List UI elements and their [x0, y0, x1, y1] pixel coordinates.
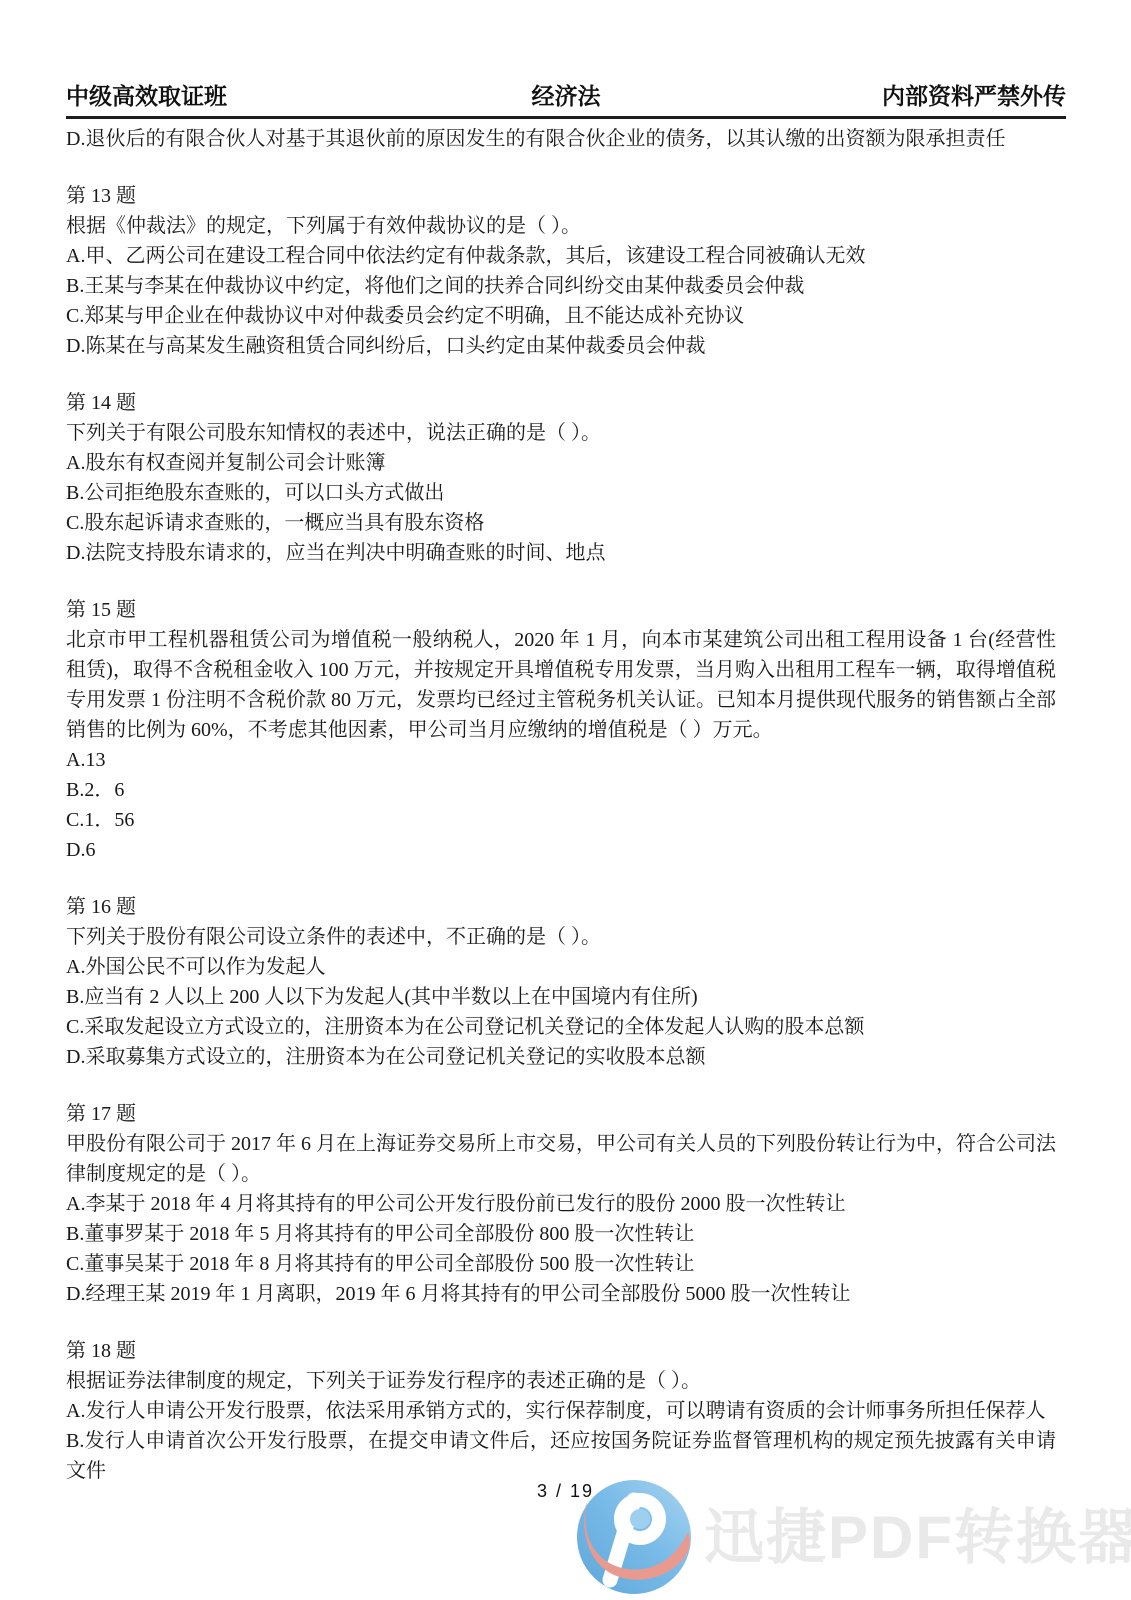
header-confidential-notice: 内部资料严禁外传 [733, 84, 1066, 109]
option-a: A.发行人申请公开发行股票，依法采用承销方式的，实行保荐制度，可以聘请有资质的会… [66, 1396, 1056, 1426]
option-a: A.李某于 2018 年 4 月将其持有的甲公司公开发行股份前已发行的股份 20… [66, 1189, 1056, 1219]
carryover-option-d: D.退伙后的有限合伙人对基于其退伙前的原因发生的有限合伙企业的债务，以其认缴的出… [66, 124, 1056, 154]
question-16: 第 16 题 下列关于股份有限公司设立条件的表述中，不正确的是（ ）。 A.外国… [66, 892, 1056, 1072]
question-number: 第 18 题 [66, 1336, 1056, 1366]
document-body: D.退伙后的有限合伙人对基于其退伙前的原因发生的有限合伙企业的债务，以其认缴的出… [0, 119, 1131, 1486]
question-18: 第 18 题 根据证券法律制度的规定，下列关于证券发行程序的表述正确的是（ ）。… [66, 1336, 1056, 1486]
option-b: B.王某与李某在仲裁协议中约定，将他们之间的扶养合同纠纷交由某仲裁委员会仲裁 [66, 271, 1056, 301]
watermark-text: 迅捷PDF转换器 [704, 1508, 1131, 1568]
question-14: 第 14 题 下列关于有限公司股东知情权的表述中，说法正确的是（ ）。 A.股东… [66, 388, 1056, 568]
option-a: A.甲、乙两公司在建设工程合同中依法约定有仲裁条款，其后，该建设工程合同被确认无… [66, 241, 1056, 271]
question-stem: 根据证券法律制度的规定，下列关于证券发行程序的表述正确的是（ ）。 [66, 1366, 1056, 1396]
question-number: 第 15 题 [66, 595, 1056, 625]
question-13: 第 13 题 根据《仲裁法》的规定，下列属于有效仲裁协议的是（ ）。 A.甲、乙… [66, 181, 1056, 361]
question-number: 第 13 题 [66, 181, 1056, 211]
option-a: A.13 [66, 745, 1056, 775]
option-a: A.外国公民不可以作为发起人 [66, 952, 1056, 982]
option-b: B.公司拒绝股东查账的，可以口头方式做出 [66, 478, 1056, 508]
header-course-title: 中级高效取证班 [66, 84, 399, 109]
question-stem: 根据《仲裁法》的规定，下列属于有效仲裁协议的是（ ）。 [66, 211, 1056, 241]
option-a: A.股东有权查阅并复制公司会计账簿 [66, 448, 1056, 478]
question-number: 第 14 题 [66, 388, 1056, 418]
question-stem: 下列关于股份有限公司设立条件的表述中，不正确的是（ ）。 [66, 922, 1056, 952]
header-subject: 经济法 [399, 84, 732, 109]
question-number: 第 17 题 [66, 1099, 1056, 1129]
option-d: D.6 [66, 835, 1056, 865]
option-d: D.陈某在与高某发生融资租赁合同纠纷后，口头约定由某仲裁委员会仲裁 [66, 331, 1056, 361]
option-c: C.郑某与甲企业在仲裁协议中对仲裁委员会约定不明确，且不能达成补充协议 [66, 301, 1056, 331]
option-c: C.1．56 [66, 805, 1056, 835]
option-d: D.经理王某 2019 年 1 月离职，2019 年 6 月将其持有的甲公司全部… [66, 1279, 1056, 1309]
question-stem: 甲股份有限公司于 2017 年 6 月在上海证券交易所上市交易，甲公司有关人员的… [66, 1129, 1056, 1189]
option-c: C.采取发起设立方式设立的，注册资本为在公司登记机关登记的全体发起人认购的股本总… [66, 1012, 1056, 1042]
question-15: 第 15 题 北京市甲工程机器租赁公司为增值税一般纳税人，2020 年 1 月，… [66, 595, 1056, 865]
option-b: B.2．6 [66, 775, 1056, 805]
option-d: D.法院支持股东请求的，应当在判决中明确查账的时间、地点 [66, 538, 1056, 568]
page-number: 3 / 19 [0, 1481, 1131, 1502]
question-number: 第 16 题 [66, 892, 1056, 922]
option-c: C.董事吴某于 2018 年 8 月将其持有的甲公司全部股份 500 股一次性转… [66, 1249, 1056, 1279]
question-stem: 下列关于有限公司股东知情权的表述中，说法正确的是（ ）。 [66, 418, 1056, 448]
option-b: B.应当有 2 人以上 200 人以下为发起人(其中半数以上在中国境内有住所) [66, 982, 1056, 1012]
page-header: 中级高效取证班 经济法 内部资料严禁外传 [0, 0, 1131, 116]
document-page: 中级高效取证班 经济法 内部资料严禁外传 D.退伙后的有限合伙人对基于其退伙前的… [0, 0, 1131, 1600]
option-b: B.董事罗某于 2018 年 5 月将其持有的甲公司全部股份 800 股一次性转… [66, 1219, 1056, 1249]
option-d: D.采取募集方式设立的，注册资本为在公司登记机关登记的实收股本总额 [66, 1042, 1056, 1072]
question-17: 第 17 题 甲股份有限公司于 2017 年 6 月在上海证券交易所上市交易，甲… [66, 1099, 1056, 1309]
question-stem: 北京市甲工程机器租赁公司为增值税一般纳税人，2020 年 1 月，向本市某建筑公… [66, 625, 1056, 745]
option-c: C.股东起诉请求查账的，一概应当具有股东资格 [66, 508, 1056, 538]
